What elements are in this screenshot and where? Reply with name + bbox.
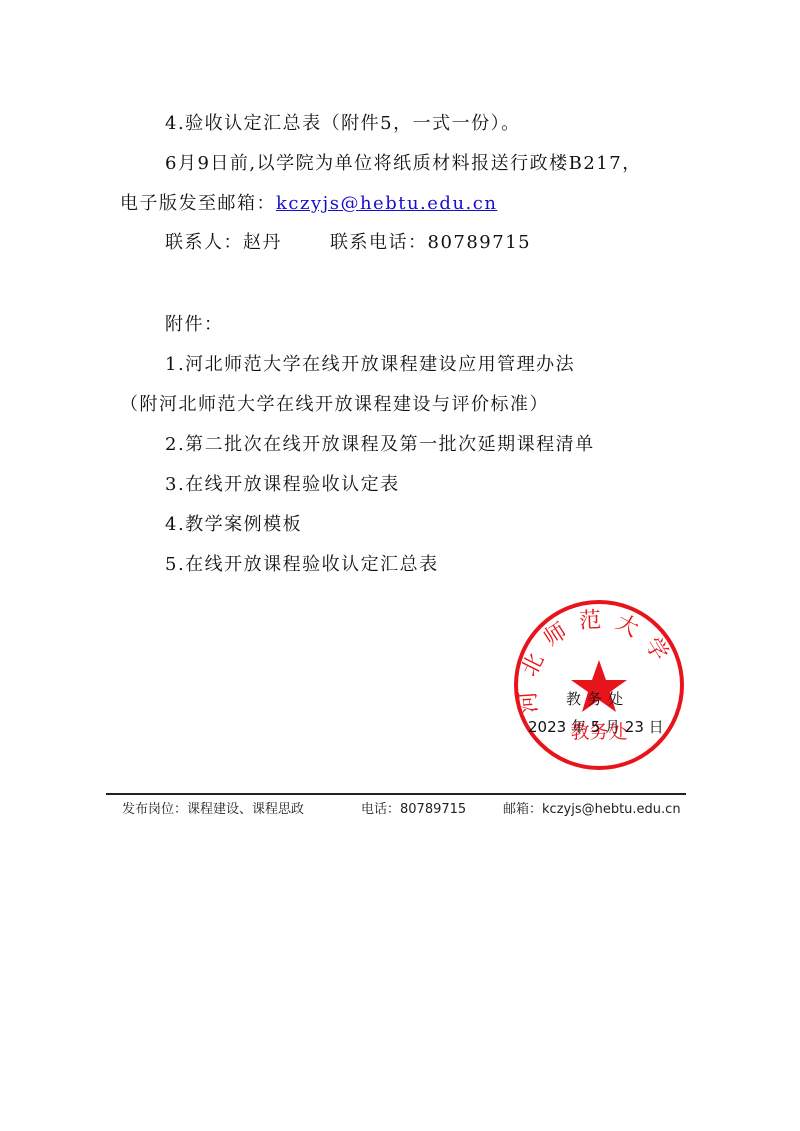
contact-line: 联系人：赵丹联系电话：80789715	[165, 232, 531, 254]
attachment-item: 5.在线开放课程验收认定汇总表	[165, 554, 439, 576]
email-link[interactable]: kczyjs@hebtu.edu.cn	[276, 193, 497, 214]
attachments-heading: 附件：	[165, 314, 224, 336]
footer-post-label: 发布岗位：	[122, 802, 187, 817]
footer-email-value: kczyjs@hebtu.edu.cn	[542, 802, 681, 817]
attachment-item-continuation: （附河北师范大学在线开放课程建设与评价标准）	[120, 394, 549, 416]
contact-phone: 联系电话：80789715	[330, 232, 531, 253]
footer-post-value: 课程建设、课程思政	[187, 802, 304, 817]
item-4-line: 4.验收认定汇总表（附件5，一式一份）。	[165, 113, 521, 135]
deadline-line: 6月9日前,以学院为单位将纸质材料报送行政楼B217，	[165, 153, 642, 175]
issue-date: 2023 年 5 月 23 日	[528, 716, 664, 737]
footer-email-label: 邮箱：	[503, 802, 542, 817]
attachment-item: 3.在线开放课程验收认定表	[165, 474, 400, 496]
footer-phone: 电话：80789715	[361, 801, 466, 819]
contact-person: 联系人：赵丹	[165, 232, 282, 253]
footer-email: 邮箱：kczyjs@hebtu.edu.cn	[503, 801, 681, 819]
email-prefix: 电子版发至邮箱：	[120, 193, 276, 214]
email-line: 电子版发至邮箱：kczyjs@hebtu.edu.cn	[120, 193, 497, 215]
attachment-item: 4.教学案例模板	[165, 514, 302, 536]
official-seal: 河北师范大学 教务处	[512, 598, 686, 772]
footer-divider	[106, 793, 686, 795]
attachment-item: 2.第二批次在线开放课程及第一批次延期课程清单	[165, 434, 595, 456]
issuer-signature: 教务处	[566, 688, 629, 709]
seal-icon: 河北师范大学 教务处	[512, 598, 686, 772]
footer-phone-label: 电话：	[361, 802, 400, 817]
footer-post: 发布岗位：课程建设、课程思政	[122, 801, 304, 819]
footer-phone-value: 80789715	[400, 802, 466, 817]
attachment-item: 1.河北师范大学在线开放课程建设应用管理办法	[165, 354, 575, 376]
